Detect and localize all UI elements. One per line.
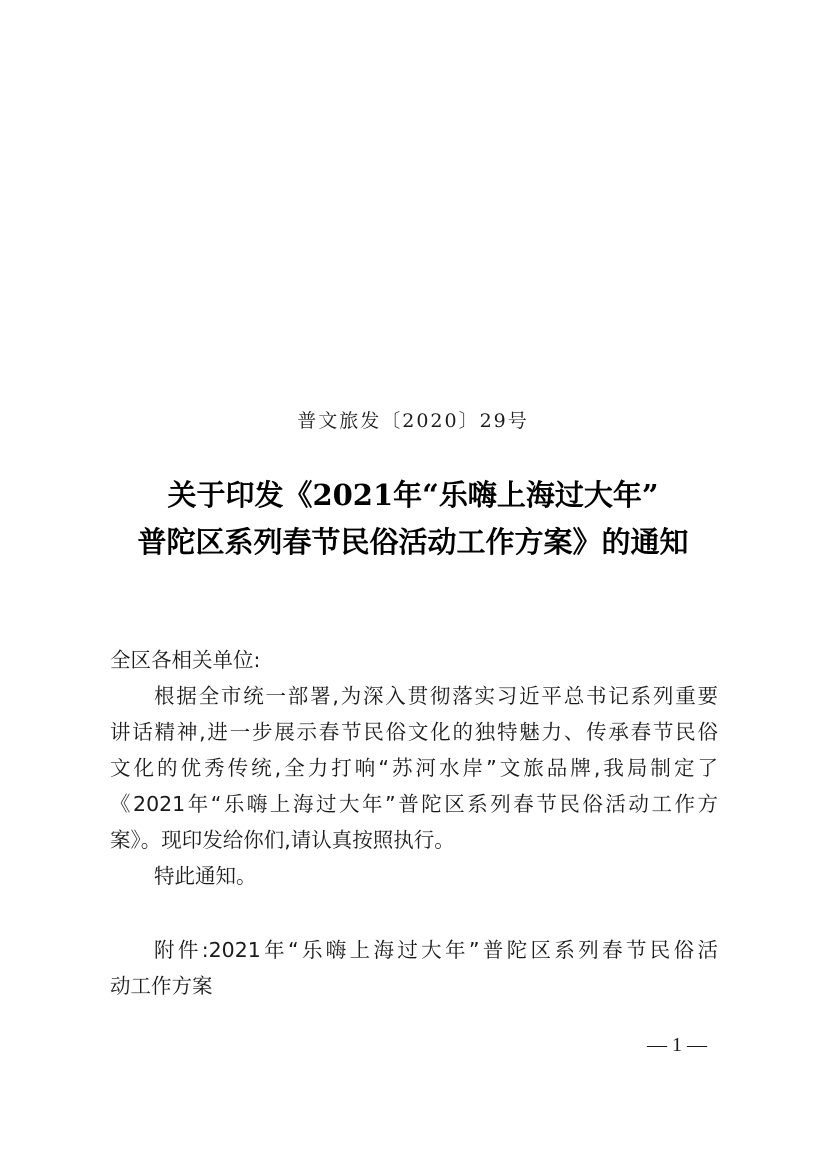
body-line-2: 讲话精神,进一步展示春节民俗文化的独特魅力、传承春节民俗 (110, 714, 718, 750)
body-line-4: 《2021年“乐嗨上海过大年”普陀区系列春节民俗活动工作方 (110, 786, 718, 822)
page-number: — 1 — (632, 1034, 722, 1057)
body-line-5: 案》。现印发给你们,请认真按照执行。 (110, 822, 722, 858)
body-line-1: 根据全市统一部署,为深入贯彻落实习近平总书记系列重要 (110, 678, 718, 714)
document-number: 普文旅发〔2020〕29号 (0, 406, 826, 433)
salutation: 全区各相关单位: (110, 642, 722, 678)
document-title: 关于印发《2021年“乐嗨上海过大年” 普陀区系列春节民俗活动工作方案》的通知 (0, 472, 826, 566)
title-line-2: 普陀区系列春节民俗活动工作方案》的通知 (0, 519, 826, 566)
attachment-line-1: 附件:2021年“乐嗨上海过大年”普陀区系列春节民俗活 (110, 932, 718, 968)
attachment-line-2: 动工作方案 (110, 968, 722, 1004)
spacer (110, 894, 722, 932)
title-line-1: 关于印发《2021年“乐嗨上海过大年” (0, 472, 826, 519)
closing-text: 特此通知。 (110, 858, 722, 894)
body-line-3: 文化的优秀传统,全力打响“苏河水岸”文旅品牌,我局制定了 (110, 750, 718, 786)
document-body: 全区各相关单位: 根据全市统一部署,为深入贯彻落实习近平总书记系列重要 讲话精神… (110, 642, 722, 1004)
document-page: 普文旅发〔2020〕29号 关于印发《2021年“乐嗨上海过大年” 普陀区系列春… (0, 0, 826, 1169)
